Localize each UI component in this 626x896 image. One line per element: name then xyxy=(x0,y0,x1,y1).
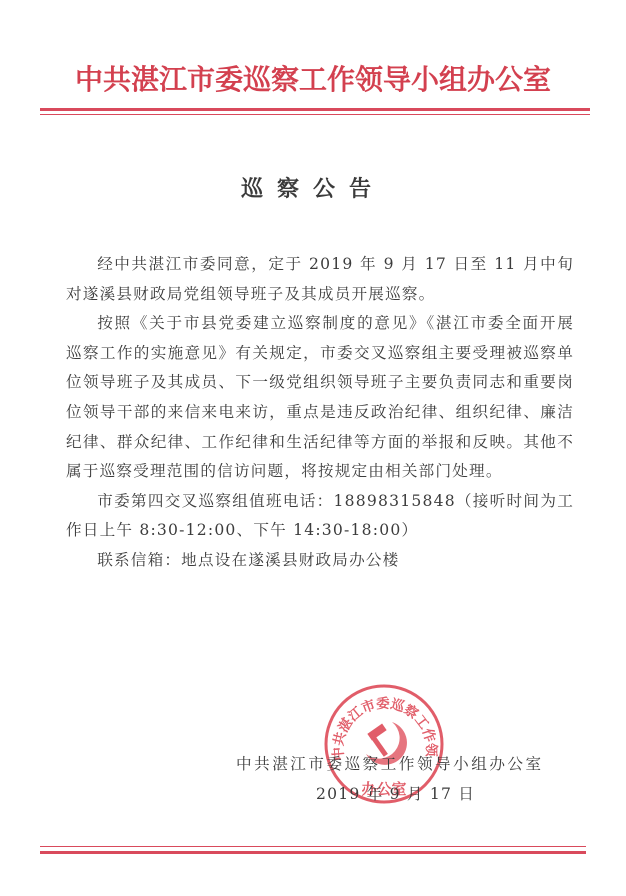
letterhead-title: 中共湛江市委巡察工作领导小组办公室 xyxy=(0,60,626,100)
divider-thin-line xyxy=(40,114,590,115)
paragraph-hotline: 市委第四交叉巡察组值班电话：18898315848（接听时间为工作日上午 8:3… xyxy=(66,487,574,546)
divider-thick-line xyxy=(40,108,590,111)
footer-thick-line xyxy=(40,851,586,854)
paragraph-inspection-schedule: 经中共湛江市委同意，定于 2019 年 9 月 17 日至 11 月中旬对遂溪县… xyxy=(66,250,574,309)
signature-date: 2019 年 9 月 17 日 xyxy=(316,782,475,804)
paragraph-regulations: 按照《关于市县党委建立巡察制度的意见》《湛江市委全面开展巡察工作的实施意见》有关… xyxy=(66,309,574,487)
document-title: 巡察公告 xyxy=(0,172,626,203)
signature-organization: 中共湛江市委巡察工作领导小组办公室 xyxy=(236,752,544,774)
paragraph-mailbox: 联系信箱：地点设在遂溪县财政局办公楼 xyxy=(66,546,574,576)
footer-thin-line xyxy=(40,846,586,847)
document-body: 经中共湛江市委同意，定于 2019 年 9 月 17 日至 11 月中旬对遂溪县… xyxy=(66,250,574,576)
